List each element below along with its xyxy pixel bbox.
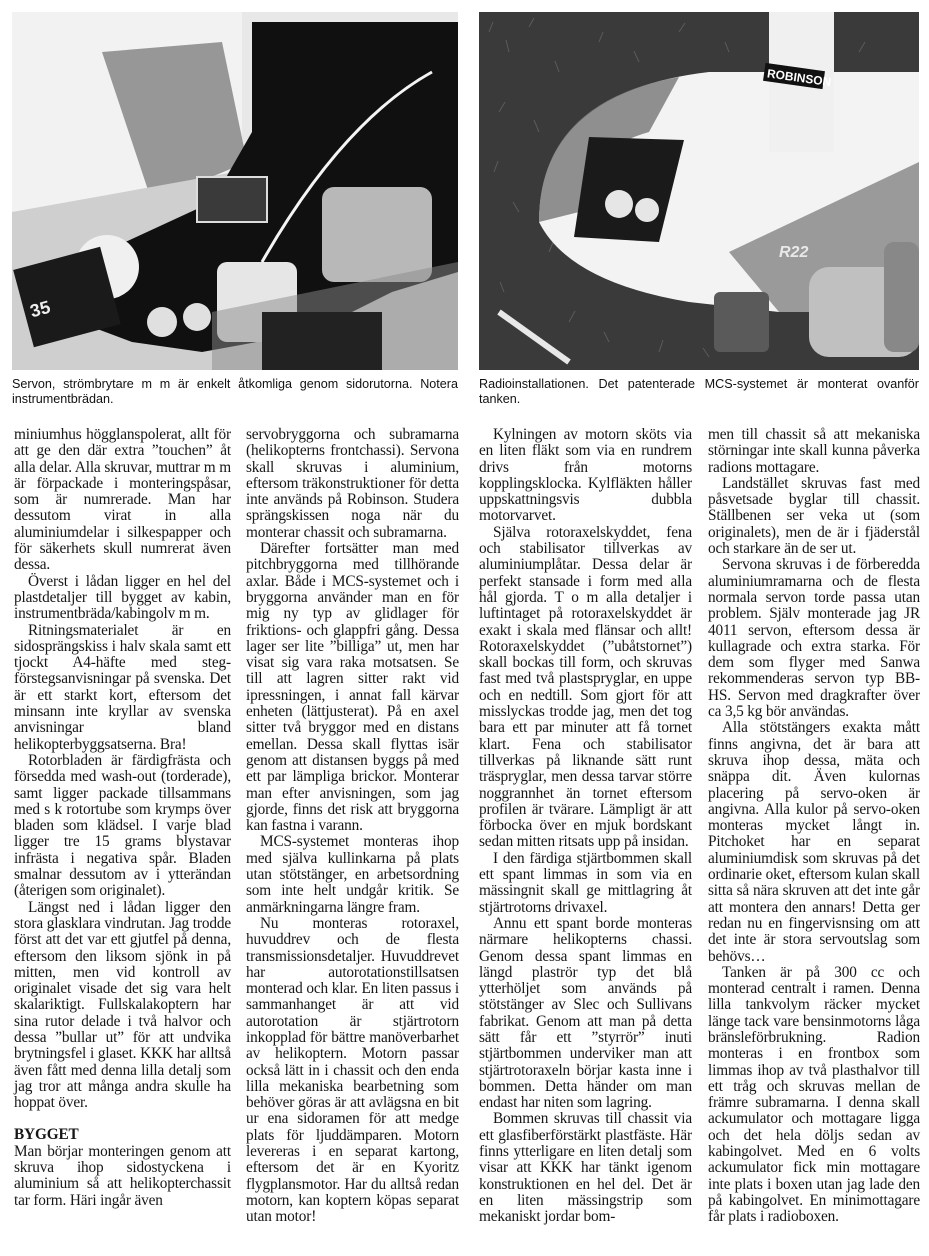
section-heading: BYGGET (14, 1127, 231, 1143)
paragraph: miniumhus högglanspolerat, allt för att … (14, 427, 231, 574)
r22-photo-icon: ROBINSON R22 (479, 12, 919, 370)
paragraph: Servona skruvas i de förberedda aluminiu… (708, 557, 920, 720)
paragraph: Bommen skruvas till chassit via ett glas… (479, 1111, 692, 1225)
article-column-4: men till chassit så att mekaniska störni… (708, 427, 920, 1226)
paragraph: Annu ett spant borde monteras närmare he… (479, 916, 692, 1112)
paragraph: Kylningen av motorn sköts via en liten f… (479, 427, 692, 525)
paragraph: Nu monteras rotoraxel, huvuddrev och de … (246, 916, 459, 1226)
svg-text:R22: R22 (779, 244, 808, 261)
paragraph: Överst i lådan ligger en hel del plastde… (14, 574, 231, 623)
photo-helicopter-chassis: 35 (12, 12, 458, 370)
paragraph: men till chassit så att mekaniska störni… (708, 427, 920, 476)
paragraph: Rotorbladen är färdigfrästa och försedda… (14, 753, 231, 900)
figure-caption-right: Radioinstallationen. Det patenterade MCS… (479, 377, 919, 406)
paragraph: Tanken är på 300 cc och monterad central… (708, 965, 920, 1226)
paragraph: Själva rotoraxelskyddet, fena och stabil… (479, 525, 692, 851)
article-column-2: servobryggorna och subramarna (helikopte… (246, 427, 459, 1226)
paragraph: Längst ned i lådan ligger den stora glas… (14, 900, 231, 1112)
paragraph: Man börjar monteringen genom att skruva … (14, 1144, 231, 1209)
paragraph: I den färdiga stjärtbommen skall ett spa… (479, 851, 692, 916)
paragraph: MCS-systemet monteras ihop med själva ku… (246, 834, 459, 915)
paragraph: Landstället skruvas fast med påsvetsade … (708, 476, 920, 557)
figure-caption-left: Servon, strömbrytare m m är enkelt åtkom… (12, 377, 458, 406)
article-column-1: miniumhus högglanspolerat, allt för att … (14, 427, 231, 1209)
paragraph: Alla stötstängers exakta mått finns angi… (708, 720, 920, 964)
chassis-photo-icon: 35 (12, 12, 458, 370)
paragraph: Ritningsmaterialet är en sidosprängskiss… (14, 623, 231, 753)
article-column-3: Kylningen av motorn sköts via en liten f… (479, 427, 692, 1226)
paragraph: Därefter fortsätter man med pitchbryggor… (246, 541, 459, 834)
paragraph: servobryggorna och subramarna (helikopte… (246, 427, 459, 541)
photo-robinson-r22: ROBINSON R22 (479, 12, 919, 370)
